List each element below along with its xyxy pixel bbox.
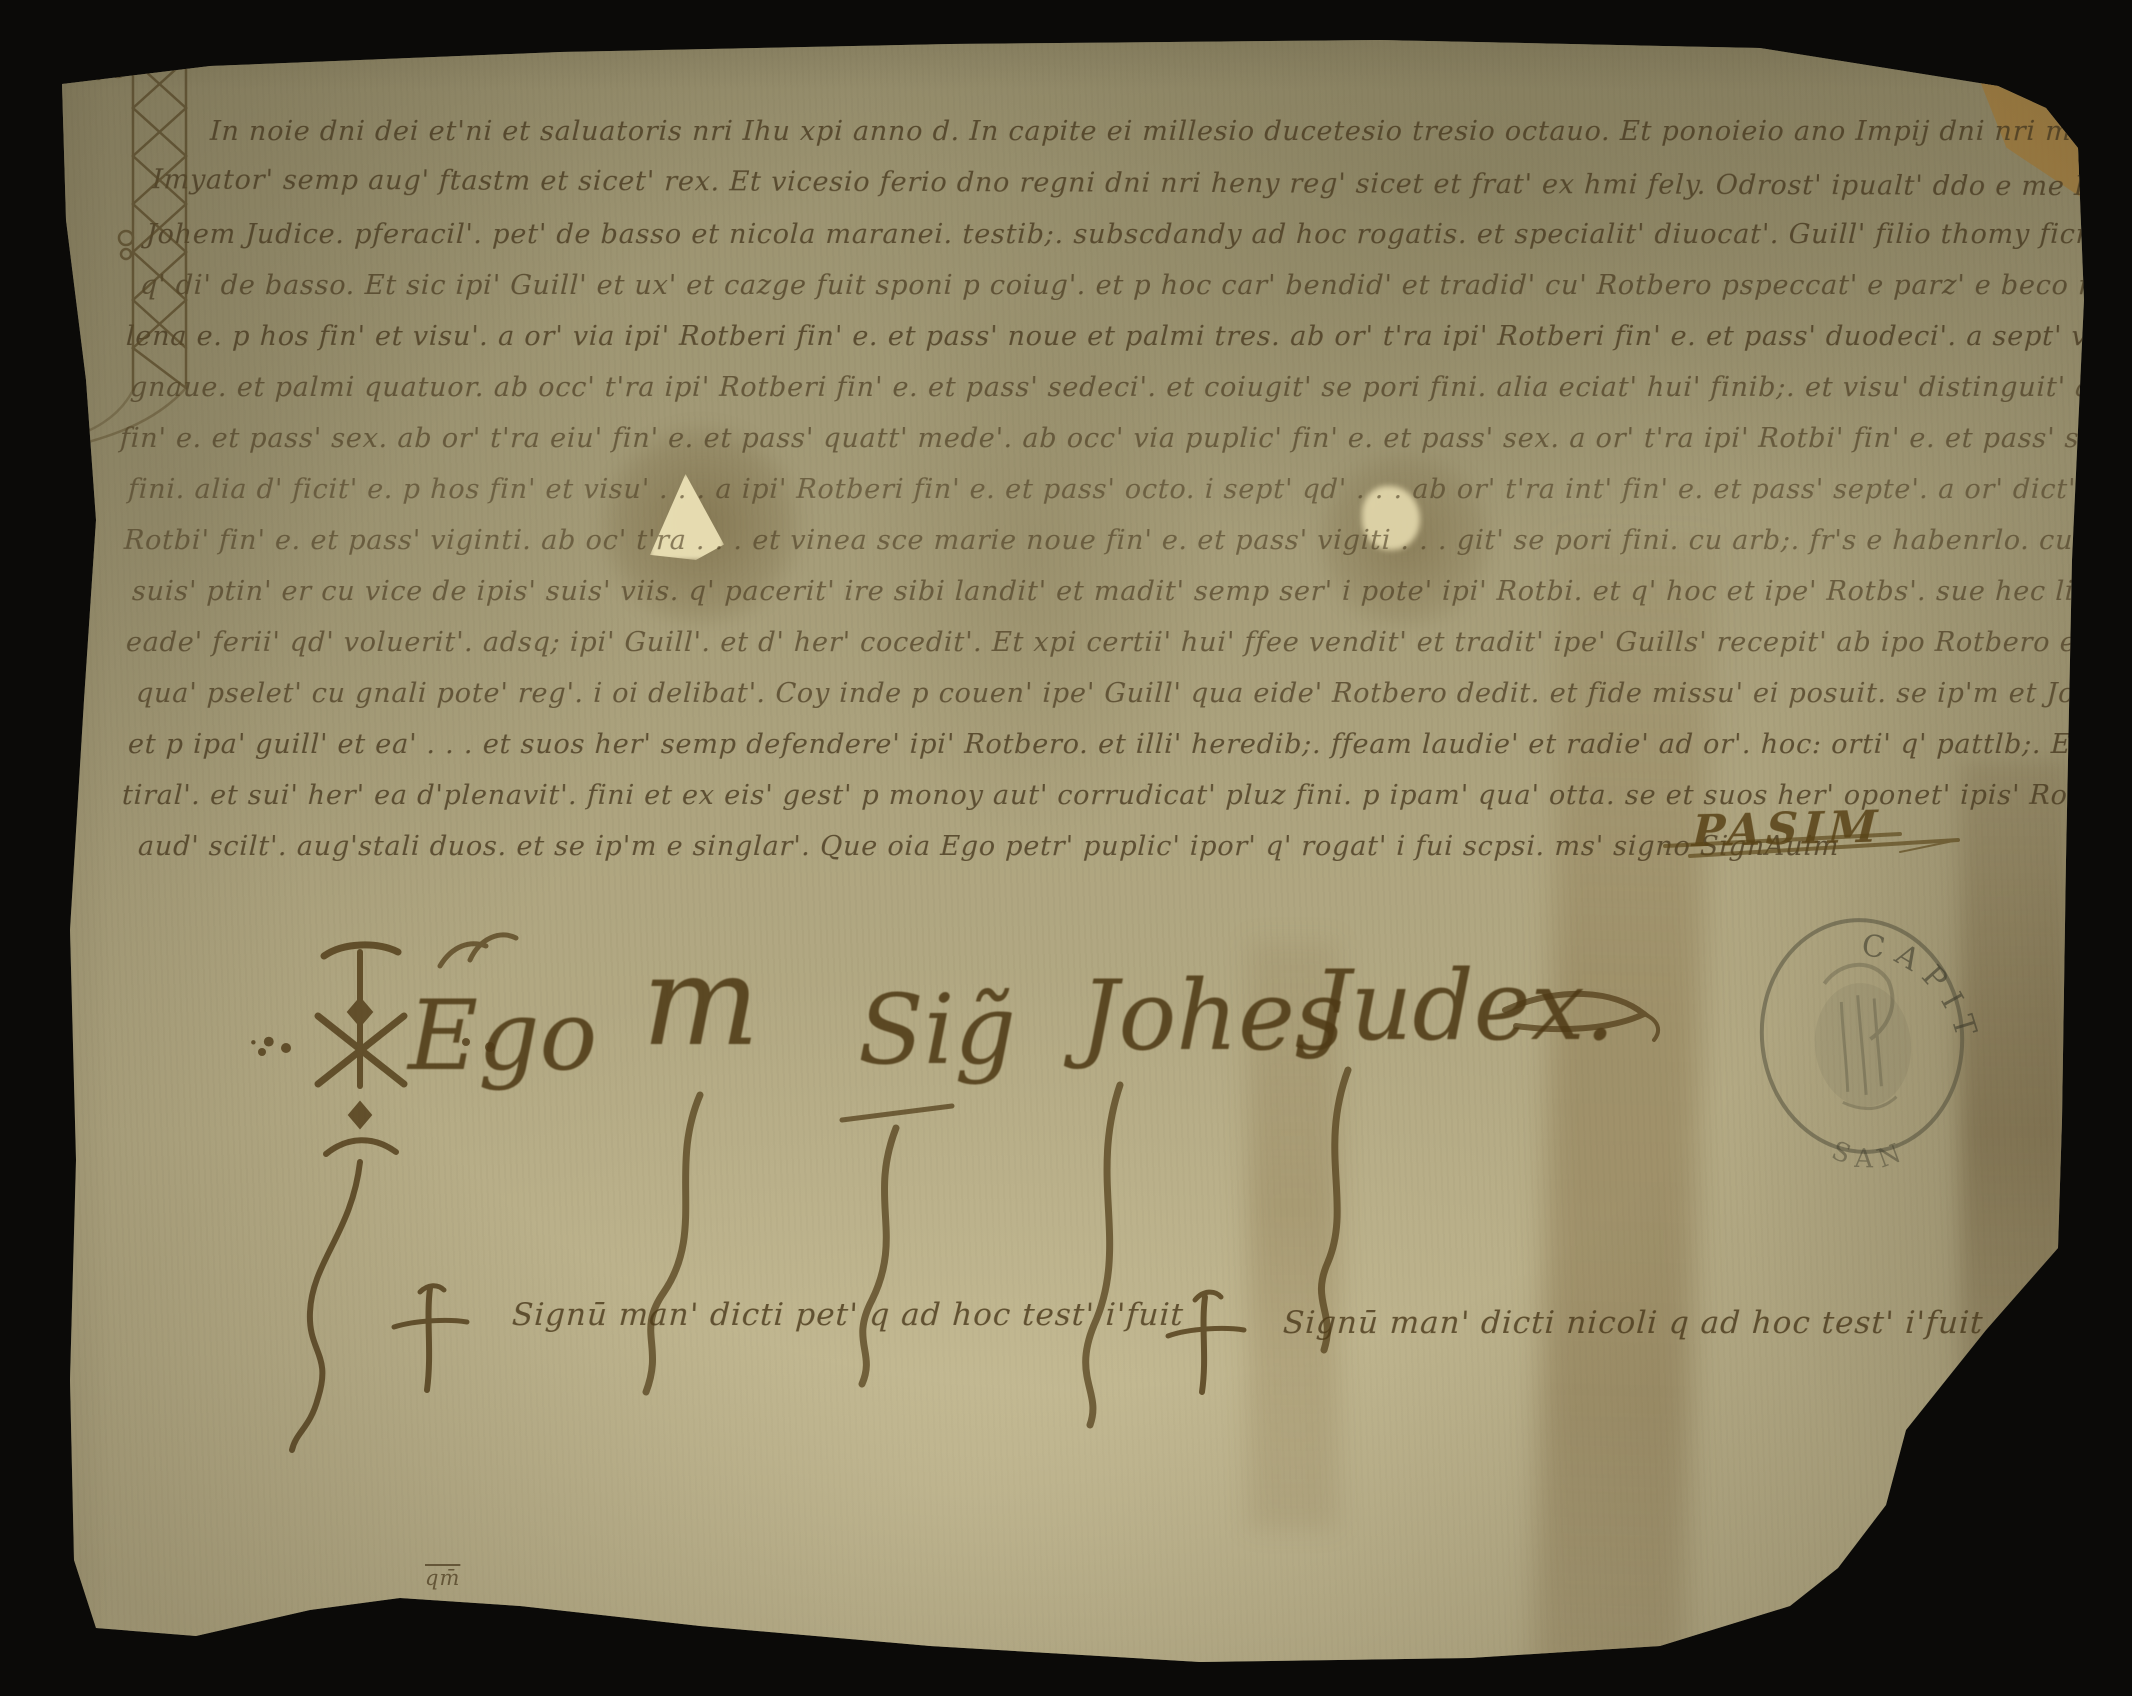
braid-border-ornament <box>62 42 188 448</box>
archive-stamp: CAPIT SAN <box>1750 908 1999 1186</box>
witness-cross-icon <box>394 1286 467 1390</box>
photo-background: In noie dni dei et'ni et saluatoris nri … <box>0 0 2132 1696</box>
pasim-flourish-tail <box>1665 834 1958 856</box>
parchment-sheet: In noie dni dei et'ni et saluatoris nri … <box>0 0 2132 1696</box>
witness-cross-icon <box>1168 1292 1244 1392</box>
stamp-rim-text-bottom: SAN <box>1825 1128 1914 1180</box>
notarial-cross-icon <box>258 945 495 1450</box>
svg-text:SAN: SAN <box>1825 1128 1914 1180</box>
signature-flourish-tails <box>440 935 1658 1425</box>
ink-drawing-layer: CAPIT SAN <box>0 0 2132 1696</box>
